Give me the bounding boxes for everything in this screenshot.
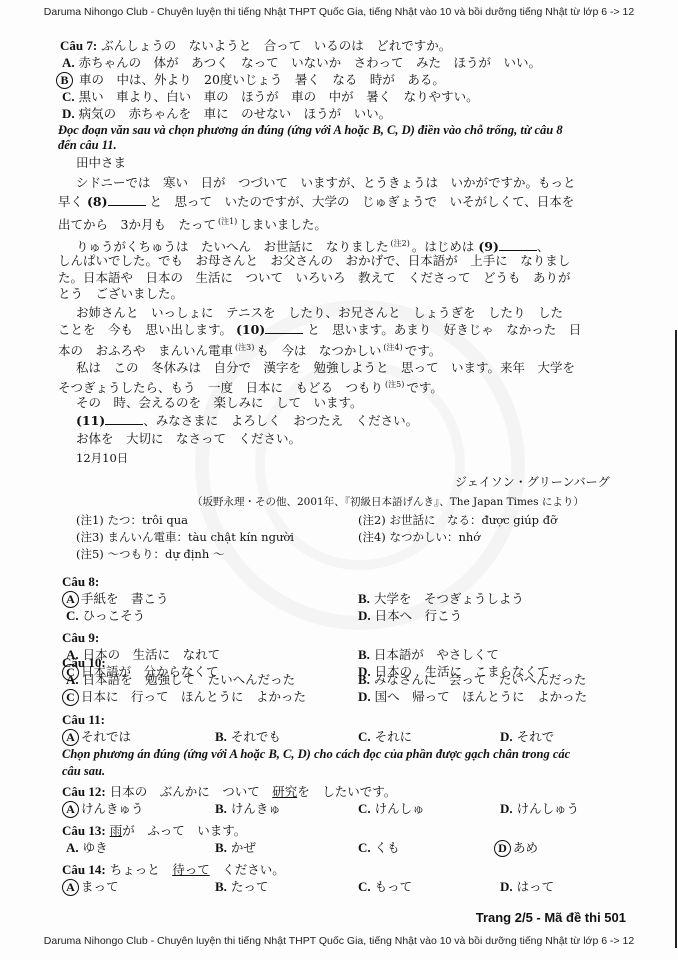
letter-source: （坂野永理・その他、2001年、『初級日本語げんき』、The Japan Tim… bbox=[192, 494, 584, 510]
blank-10[interactable] bbox=[265, 323, 303, 334]
q12-stem: Câu 12: 日本の ぶんかに ついて 研究を したいです。 bbox=[62, 784, 396, 800]
note-3: (注3) まんいん電車：tàu chật kín người bbox=[76, 530, 294, 545]
blank-9-label: (9) bbox=[478, 239, 499, 254]
q13-option-b[interactable]: B. かぜ bbox=[215, 840, 256, 856]
q14-option-a[interactable]: Aまって bbox=[62, 879, 119, 896]
q9-option-b[interactable]: B. 日本語が やさしくて bbox=[358, 647, 499, 663]
blank-10-label: (10) bbox=[236, 322, 265, 337]
answer-circle-icon: D bbox=[494, 840, 511, 857]
note-4: (注4) なつかしい：nhớ bbox=[358, 530, 480, 545]
answer-circle-icon: A bbox=[62, 801, 79, 818]
q13-stem: Câu 13: 雨が ふって います。 bbox=[62, 823, 246, 839]
letter-salutation: 田中さま bbox=[76, 155, 126, 171]
letter-p2-line2: しんぱいでした。でも お母さんと お父さんの おかげで、日本語が 上手に なりま… bbox=[58, 253, 570, 269]
letter-p7: お体を 大切に なさって ください。 bbox=[76, 431, 301, 447]
letter-p2-line4: とう ございました。 bbox=[58, 286, 183, 302]
answer-circle-icon: B bbox=[56, 72, 73, 89]
answer-circle-icon: C bbox=[62, 689, 79, 706]
q7-label: Câu 7: bbox=[60, 38, 97, 53]
q11-label: Câu 11: bbox=[62, 712, 105, 728]
q8-option-d[interactable]: D. 日本へ 行こう bbox=[358, 608, 462, 624]
letter-p1-line1: シドニーでは 寒い 日が つづいて いますが、とうきょうは いかがですか。もっと bbox=[76, 175, 576, 191]
instruction-2-line2: câu sau. bbox=[62, 763, 105, 779]
letter-p5: その 時、会えるのを 楽しみに して います。 bbox=[76, 395, 363, 411]
page-footer: Daruma Nihongo Club - Chuyên luyện thi t… bbox=[0, 935, 678, 947]
q8-option-a[interactable]: A手紙を 書こう bbox=[62, 591, 169, 608]
q13-option-a[interactable]: A. ゆき bbox=[66, 840, 108, 856]
letter-p3-line3: 本の おふろや まんいん電車(注3)も 今は なつかしい(注4)です。 bbox=[58, 340, 441, 359]
note-5: (注5) ～つもり：dự định ～ bbox=[76, 547, 224, 562]
q14-option-d[interactable]: D. はって bbox=[500, 879, 554, 895]
q13-option-c[interactable]: C. くも bbox=[358, 840, 400, 856]
q7-option-c[interactable]: C. 黒い 車より、白い 車の ほうが 車の 中が 暑く なりやすい。 bbox=[62, 89, 479, 105]
letter-p2-line3: た。日本語や 日本の 生活に ついて いろいろ 教えて くださって どうも あり… bbox=[58, 270, 571, 286]
q10-option-c[interactable]: C日本に 行って ほんとうに よかった bbox=[62, 689, 306, 706]
q14-option-c[interactable]: C. もって bbox=[358, 879, 412, 895]
underlined-word: 雨 bbox=[110, 823, 123, 838]
q9-label: Câu 9: bbox=[62, 630, 99, 646]
q12-option-b[interactable]: B. けんきゅ bbox=[215, 801, 281, 817]
q7-stem-text: ぶんしょうの ないようと 合って いるのは どれですか。 bbox=[101, 38, 451, 53]
instruction-1-line1: Đọc đoạn văn sau và chọn phương án đúng … bbox=[58, 122, 563, 138]
underlined-word: 研究 bbox=[272, 784, 297, 799]
blank-9[interactable] bbox=[499, 240, 537, 251]
q10-label: Câu 10: bbox=[62, 655, 106, 671]
q7-option-d[interactable]: D. 病気の 赤ちゃんを 車に のせない ほうが いい。 bbox=[62, 106, 391, 122]
q11-option-b[interactable]: B. それでも bbox=[215, 729, 281, 745]
blank-11-label: (11) bbox=[76, 413, 105, 428]
letter-p4-line2: そつぎょうしたら、もう 一度 日本に もどる つもり(注5)です。 bbox=[58, 377, 443, 396]
letter-p3-line1: お姉さんと いっしょに テニスを したり、お兄さんと しょうぎを したり した bbox=[76, 305, 563, 321]
q7-option-b[interactable]: B 車の 中は、外より 20度いじょう 暑く なる 時が ある。 bbox=[56, 72, 445, 89]
q7-stem: Câu 7: ぶんしょうの ないようと 合って いるのは どれですか。 bbox=[60, 38, 451, 54]
note-2: (注2) お世話に なる：được giúp đỡ bbox=[358, 513, 557, 528]
instruction-2-line1: Chọn phương án đúng (ứng với A hoặc B, C… bbox=[62, 746, 570, 762]
q10-option-b[interactable]: B. みなさんに 会って たいへんだった bbox=[358, 672, 586, 688]
answer-circle-icon: A bbox=[62, 879, 79, 896]
letter-p3-line2: ことを 今も 思い出します。 (10) と 思います。あまり 好きじゃ なかった… bbox=[58, 322, 581, 338]
instruction-1-line2: đến câu 11. bbox=[58, 137, 117, 153]
q12-option-c[interactable]: C. けんしゅ bbox=[358, 801, 425, 817]
letter-p1-line3: 出てから 3か月も たって(注1)しまいました。 bbox=[58, 214, 327, 233]
q11-option-c[interactable]: C. それに bbox=[358, 729, 412, 745]
letter-p1-line2: 早く (8) と 思って いたのですが、大学の じゅぎょうで いそがしくて、日本… bbox=[58, 194, 574, 210]
q10-option-a[interactable]: A. 日本語を 勉強して たいへんだった bbox=[66, 672, 295, 688]
q7-option-a[interactable]: A. 赤ちゃんの 体が あつく なって いないか さわって みた ほうが いい。 bbox=[62, 55, 541, 71]
letter-signature: ジェイソン・グリーンバーグ bbox=[455, 474, 610, 490]
q14-stem: Câu 14: ちょっと 待って ください。 bbox=[62, 862, 285, 878]
q11-option-a[interactable]: Aそれでは bbox=[62, 729, 131, 746]
letter-p4-line1: 私は この 冬休みは 自分で 漢字を 勉強しようと 思って います。来年 大学を bbox=[76, 360, 575, 376]
blank-11[interactable] bbox=[105, 414, 143, 425]
q10-option-d[interactable]: D. 国へ 帰って ほんとうに よかった bbox=[358, 689, 587, 705]
q12-option-a[interactable]: Aけんきゅう bbox=[62, 801, 144, 818]
q8-label: Câu 8: bbox=[62, 574, 99, 590]
blank-8[interactable] bbox=[108, 195, 146, 206]
q11-option-d[interactable]: D. それで bbox=[500, 729, 554, 745]
q8-option-b[interactable]: B. 大学を そつぎょうしよう bbox=[358, 591, 524, 607]
letter-p6: (11)、みなさまに よろしく おつたえ ください。 bbox=[76, 413, 418, 429]
underlined-word: 待って bbox=[172, 862, 210, 877]
letter-date: 12月10日 bbox=[76, 450, 128, 466]
answer-circle-icon: A bbox=[62, 729, 79, 746]
blank-8-label: (8) bbox=[87, 194, 108, 209]
note-1: (注1) たつ：trôi qua bbox=[76, 513, 188, 528]
q14-option-b[interactable]: B. たって bbox=[215, 879, 268, 895]
page-number: Trang 2/5 - Mã đề thi 501 bbox=[476, 910, 626, 925]
answer-circle-icon: A bbox=[62, 591, 79, 608]
q13-option-d[interactable]: Dあめ bbox=[494, 840, 538, 857]
scan-edge-line bbox=[675, 330, 677, 948]
q12-option-d[interactable]: D. けんしゅう bbox=[500, 801, 579, 817]
page-header: Daruma Nihongo Club - Chuyên luyện thi t… bbox=[0, 6, 678, 18]
q8-option-c[interactable]: C. ひっこそう bbox=[66, 608, 145, 624]
